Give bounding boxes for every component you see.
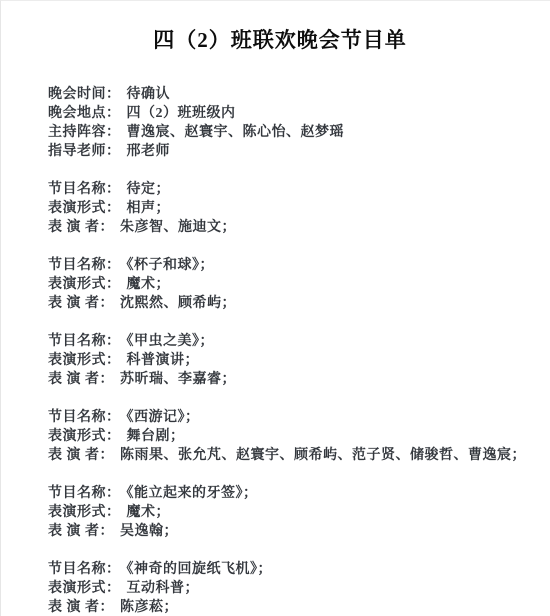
info-value: 邢老师	[121, 144, 171, 159]
program-form-label: 表演形式：	[48, 429, 121, 444]
info-line-hosts: 主持阵容：曹逸宸、赵寰宇、陈心怡、赵梦瑶	[48, 123, 542, 142]
program-form-label: 表演形式：	[48, 277, 121, 292]
program-name-line: 节目名称：待定；	[48, 180, 542, 199]
program-block: 节目名称：《西游记》； 表演形式：舞台剧； 表 演 者：陈雨果、张允芃、赵寰宇、…	[48, 408, 542, 465]
program-form-line: 表演形式：舞台剧；	[48, 427, 542, 446]
program-name-value: 《西游记》；	[121, 410, 200, 425]
program-performers-value: 朱彦智、施迪文；	[114, 220, 236, 235]
program-block: 节目名称：《杯子和球》； 表演形式：魔术； 表 演 者：沈熙然、顾希屿；	[48, 256, 542, 313]
program-form-value: 舞台剧；	[121, 429, 185, 444]
info-label: 主持阵容：	[48, 125, 121, 140]
program-form-value: 相声；	[121, 201, 171, 216]
program-name-value: 《杯子和球》；	[121, 258, 215, 273]
program-form-line: 表演形式：科普演讲；	[48, 351, 542, 370]
program-name-label: 节目名称：	[48, 410, 121, 425]
program-block: 节目名称：《能立起来的牙签》； 表演形式：魔术； 表 演 者：吴逸翰；	[48, 484, 542, 541]
program-name-label: 节目名称：	[48, 182, 121, 197]
program-name-line: 节目名称：《能立起来的牙签》；	[48, 484, 542, 503]
program-name-label: 节目名称：	[48, 562, 121, 577]
program-performers-label: 表 演 者：	[48, 296, 114, 311]
info-value: 曹逸宸、赵寰宇、陈心怡、赵梦瑶	[121, 125, 345, 140]
program-name-label: 节目名称：	[48, 486, 121, 501]
program-name-line: 节目名称：《神奇的回旋纸飞机》；	[48, 560, 542, 579]
program-form-value: 互动科普；	[121, 581, 200, 596]
program-form-value: 魔术；	[121, 277, 171, 292]
program-performers-line: 表 演 者：苏昕瑞、李嘉睿；	[48, 370, 542, 389]
info-label: 晚会地点：	[48, 106, 121, 121]
program-performers-label: 表 演 者：	[48, 524, 114, 539]
program-performers-label: 表 演 者：	[48, 220, 114, 235]
program-form-label: 表演形式：	[48, 201, 121, 216]
program-name-value: 《能立起来的牙签》；	[121, 486, 258, 501]
program-form-line: 表演形式：魔术；	[48, 503, 542, 522]
program-name-label: 节目名称：	[48, 334, 121, 349]
program-performers-line: 表 演 者：沈熙然、顾希屿；	[48, 294, 542, 313]
program-performers-value: 陈彦菘；	[114, 600, 178, 615]
info-label: 指导老师：	[48, 144, 121, 159]
program-performers-line: 表 演 者：吴逸翰；	[48, 522, 542, 541]
event-info-section: 晚会时间：待确认 晚会地点：四（2）班班级内 主持阵容：曹逸宸、赵寰宇、陈心怡、…	[48, 85, 542, 161]
program-name-line: 节目名称：《西游记》；	[48, 408, 542, 427]
program-block: 节目名称：《甲虫之美》； 表演形式：科普演讲； 表 演 者：苏昕瑞、李嘉睿；	[48, 332, 542, 389]
program-performers-value: 沈熙然、顾希屿；	[114, 296, 236, 311]
program-performers-label: 表 演 者：	[48, 448, 114, 463]
program-performers-line: 表 演 者：朱彦智、施迪文；	[48, 218, 542, 237]
program-name-value: 《神奇的回旋纸飞机》；	[121, 562, 273, 577]
program-name-line: 节目名称：《甲虫之美》；	[48, 332, 542, 351]
program-form-label: 表演形式：	[48, 581, 121, 596]
program-performers-label: 表 演 者：	[48, 372, 114, 387]
info-line-time: 晚会时间：待确认	[48, 85, 542, 104]
document-page: 四（2）班联欢晚会节目单 晚会时间：待确认 晚会地点：四（2）班班级内 主持阵容…	[0, 0, 550, 616]
program-form-line: 表演形式：互动科普；	[48, 579, 542, 598]
info-value: 待确认	[121, 87, 171, 102]
info-value: 四（2）班班级内	[121, 106, 236, 121]
program-form-value: 科普演讲；	[121, 353, 200, 368]
program-performers-value: 苏昕瑞、李嘉睿；	[114, 372, 236, 387]
program-list: 节目名称：待定； 表演形式：相声； 表 演 者：朱彦智、施迪文； 节目名称：《杯…	[48, 180, 542, 616]
info-line-location: 晚会地点：四（2）班班级内	[48, 104, 542, 123]
program-performers-line: 表 演 者：陈雨果、张允芃、赵寰宇、顾希屿、范子贤、储骏哲、曹逸宸；	[48, 446, 542, 465]
program-name-value: 待定；	[121, 182, 171, 197]
program-block: 节目名称：《神奇的回旋纸飞机》； 表演形式：互动科普； 表 演 者：陈彦菘；	[48, 560, 542, 616]
info-line-teacher: 指导老师：邢老师	[48, 142, 542, 161]
document-title: 四（2）班联欢晚会节目单	[48, 27, 542, 54]
program-form-line: 表演形式：相声；	[48, 199, 542, 218]
program-performers-line: 表 演 者：陈彦菘；	[48, 598, 542, 616]
program-block: 节目名称：待定； 表演形式：相声； 表 演 者：朱彦智、施迪文；	[48, 180, 542, 237]
program-name-line: 节目名称：《杯子和球》；	[48, 256, 542, 275]
program-form-label: 表演形式：	[48, 353, 121, 368]
program-performers-value: 吴逸翰；	[114, 524, 178, 539]
program-performers-label: 表 演 者：	[48, 600, 114, 615]
program-form-label: 表演形式：	[48, 505, 121, 520]
program-name-label: 节目名称：	[48, 258, 121, 273]
program-form-value: 魔术；	[121, 505, 171, 520]
program-form-line: 表演形式：魔术；	[48, 275, 542, 294]
info-label: 晚会时间：	[48, 87, 121, 102]
program-name-value: 《甲虫之美》；	[121, 334, 215, 349]
program-performers-value: 陈雨果、张允芃、赵寰宇、顾希屿、范子贤、储骏哲、曹逸宸；	[114, 448, 526, 463]
